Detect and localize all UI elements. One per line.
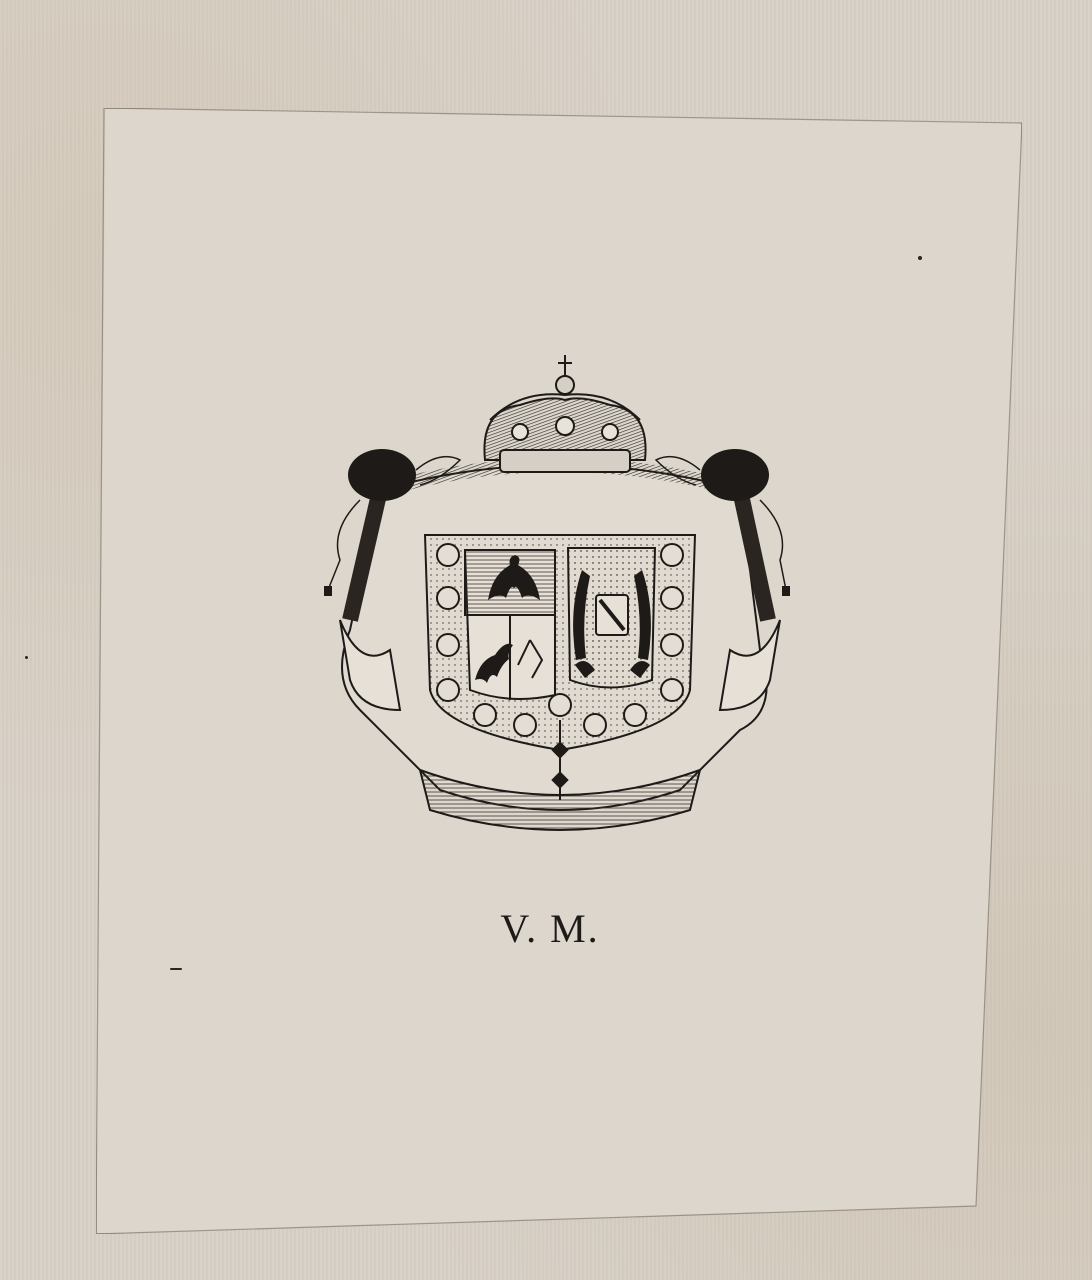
owner-monogram: V. M. (480, 905, 620, 952)
ink-mark (170, 968, 182, 970)
ink-speck (918, 256, 922, 260)
shield (425, 535, 695, 750)
ink-speck (25, 656, 28, 659)
coat-of-arms (320, 350, 800, 840)
crown (484, 355, 645, 472)
